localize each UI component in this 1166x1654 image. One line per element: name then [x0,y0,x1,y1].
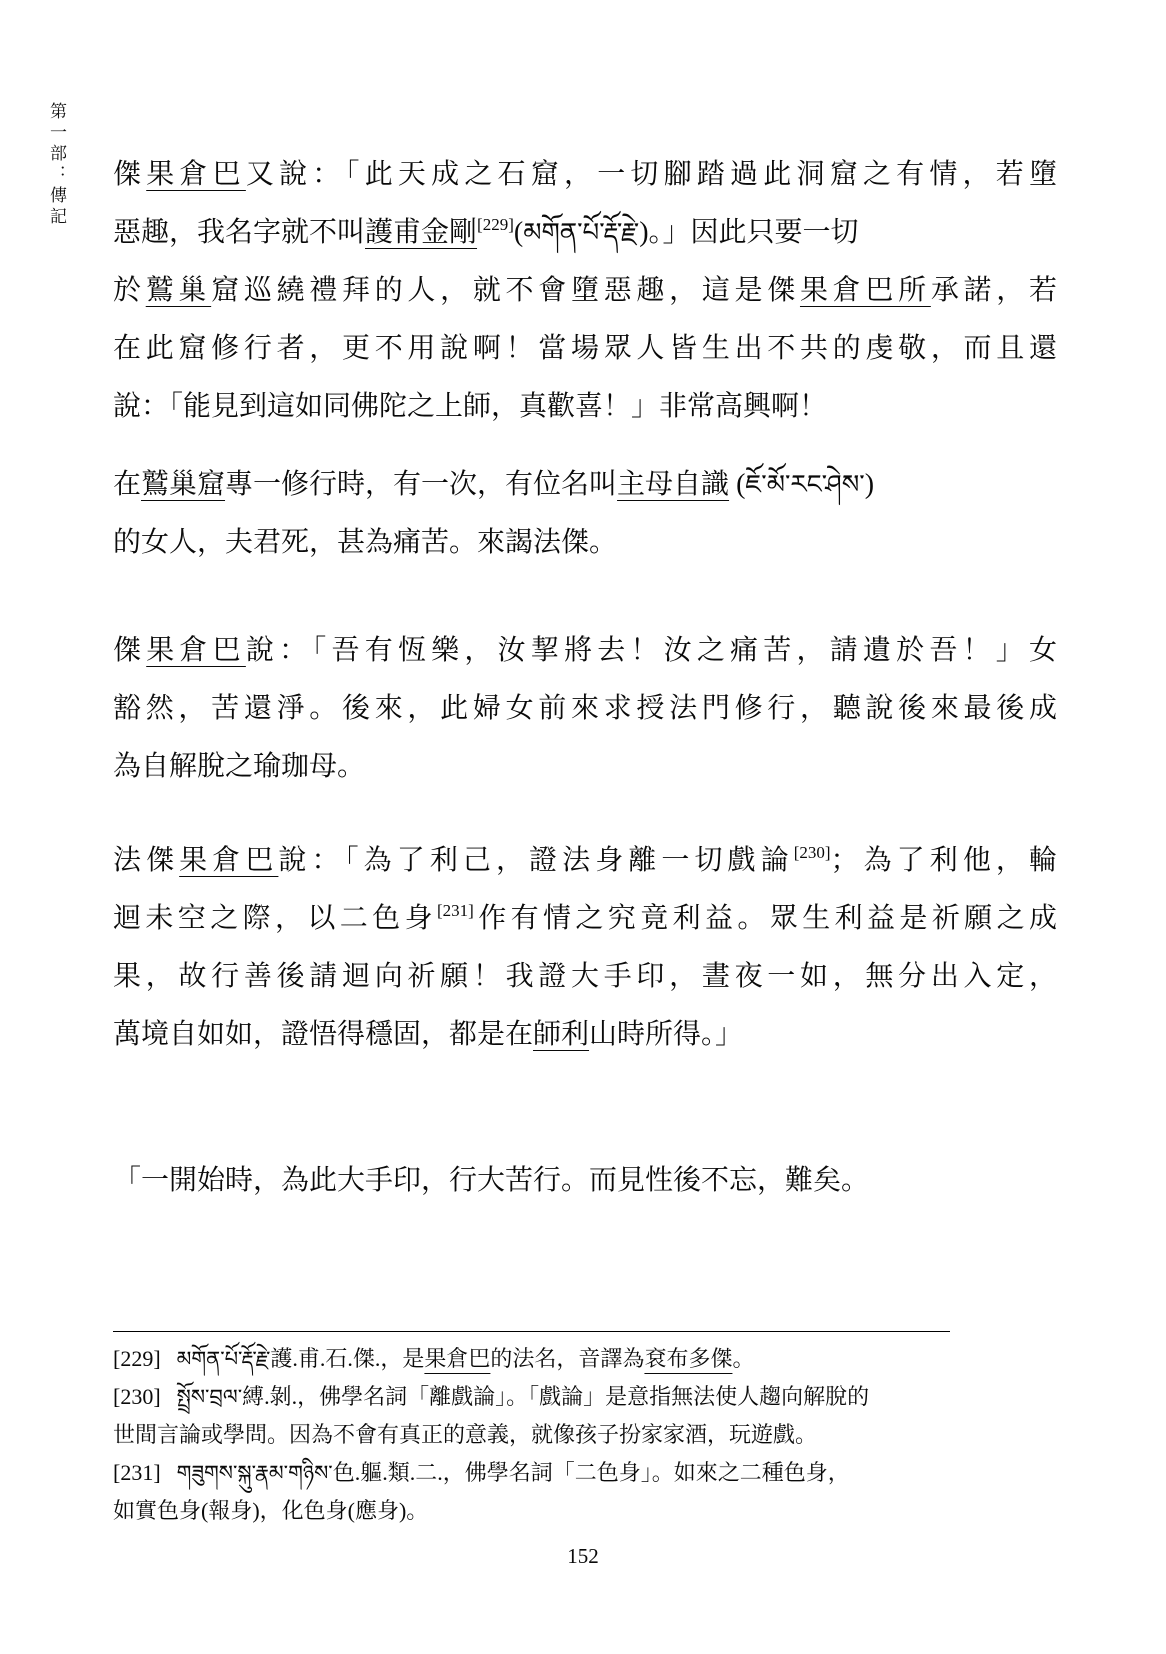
text-line: 萬境自如如，證悟得穩固，都是在師利山時所得。」 [113,1006,1057,1064]
text-segment: ( [729,469,745,500]
footnote-ref: [230] [794,843,831,862]
text-line: 「一開始時，為此大手印，行大苦行。而見性後不忘，難矣。 [113,1152,1057,1210]
proper-noun: 果倉巴 [146,635,246,666]
footnote-label: [230] [113,1384,161,1409]
text-segment: 又說：「此天成之石窟，一切腳踏過此洞窟之有情，若墮 [246,159,1057,190]
proper-noun: 果倉巴 [424,1346,490,1371]
tibetan-text: མགོན་པོ་རྡོ་རྗེ་ [523,218,639,248]
text-segment: 傑 [113,635,146,666]
footnote-line: 世間言論或學問。因為不會有真正的意義，就像孩子扮家家酒，玩遊戲。 [113,1416,1073,1454]
text-line: 為自解脫之瑜珈母。 [113,738,1057,796]
footnote-229: [229]མགོན་པོ་རྡོ་རྗེ་護.甫.石.傑.，是果倉巴的法名，音譯… [113,1340,1073,1378]
text-segment: 說：「能見到這如同佛陀之上師，真歡喜！」非常高興啊！ [113,391,827,422]
footnote-230: [230]སྤྲོས་བྲལ་縛.剝.，佛學名詞「離戲論」。「戲論」是意指無法使… [113,1378,1073,1454]
proper-noun: 主母自識 [617,469,729,500]
tibetan-text: མགོན་པོ་རྡོ་རྗེ་ [177,1347,271,1371]
footnote-231: [231]གཟུགས་སྐུ་རྣམ་གཉིས་色.軀.類.二.，佛學名詞「二色… [113,1454,1073,1530]
text-segment: 為自解脫之瑜珈母。 [113,751,365,782]
text-line: 豁然，苦還淨。後來，此婦女前來求授法門修行，聽說後來最後成 [113,680,1057,738]
proper-noun: 護甫金剛 [365,217,477,248]
text-segment: 「一開始時，為此大手印，行大苦行。而見性後不忘，難矣。 [113,1165,869,1196]
paragraph-5: 「一開始時，為此大手印，行大苦行。而見性後不忘，難矣。 [113,1152,1057,1210]
text-segment: 迴未空之際，以二色身 [113,903,437,934]
text-segment: 說：「吾有恆樂，汝挈將去！汝之痛苦，請遺於吾！」女 [246,635,1057,666]
text-segment: 護.甫.石.傑.，是 [270,1346,424,1371]
tibetan-text: ཇོ་མོ་རང་ཤེས་ [745,470,864,500]
footnote-label: [231] [113,1460,161,1485]
text-line: 傑果倉巴說：「吾有恆樂，汝挈將去！汝之痛苦，請遺於吾！」女 [113,622,1057,680]
text-segment: 萬境自如如，證悟得穩固，都是在 [113,1019,533,1050]
text-segment: 法傑 [113,845,179,876]
footnote-ref: [229] [477,215,514,234]
text-line: 法傑果倉巴說：「為了利己，證法身離一切戲論[230]；為了利他，輪 [113,832,1057,890]
text-segment: ( [514,217,523,248]
text-segment: 窟巡繞禮拜的人，就不會墮惡趣，這是傑 [211,275,800,306]
footnote-separator-rule [113,1331,950,1332]
proper-noun: 鷲巢 [146,275,211,306]
text-segment: 果，故行善後請迴向祈願！我證大手印，晝夜一如，無分出入定， [113,961,1057,992]
proper-noun: 果倉巴所 [800,275,931,306]
text-segment: 。 [732,1346,754,1371]
paragraph-3: 傑果倉巴說：「吾有恆樂，汝挈將去！汝之痛苦，請遺於吾！」女豁然，苦還淨。後來，此… [113,622,1057,796]
text-line: 果，故行善後請迴向祈願！我證大手印，晝夜一如，無分出入定， [113,948,1057,1006]
text-segment: 的女人，夫君死，甚為痛苦。來謁法傑。 [113,527,617,558]
text-segment: 在 [113,469,141,500]
text-segment: 世間言論或學問。因為不會有真正的意義，就像孩子扮家家酒，玩遊戲。 [113,1422,817,1447]
text-segment: 傑 [113,159,146,190]
text-segment: 如實色身(報身)，化色身(應身)。 [113,1498,428,1523]
text-line: 傑果倉巴又說：「此天成之石窟，一切腳踏過此洞窟之有情，若墮 [113,146,1057,204]
footnote-line: [229]མགོན་པོ་རྡོ་རྗེ་護.甫.石.傑.，是果倉巴的法名，音譯… [113,1340,1073,1378]
footnote-ref: [231] [437,901,474,920]
paragraph-1: 傑果倉巴又說：「此天成之石窟，一切腳踏過此洞窟之有情，若墮惡趣，我名字就不叫護甫… [113,146,1057,436]
text-segment: 承諾，若 [931,275,1057,306]
proper-noun: 果倉巴 [179,845,278,876]
paragraph-2: 在鷲巢窟專一修行時，有一次，有位名叫主母自識 (ཇོ་མོ་རང་ཤེས་)的女… [113,456,1057,572]
text-segment: 惡趣，我名字就不叫 [113,217,365,248]
text-segment: 專一修行時，有一次，有位名叫 [225,469,617,500]
text-line: 說：「能見到這如同佛陀之上師，真歡喜！」非常高興啊！ [113,378,1057,436]
proper-noun: 果倉巴 [146,159,246,190]
text-line: 惡趣，我名字就不叫護甫金剛[229](མགོན་པོ་རྡོ་རྗེ་)。」因此… [113,204,1057,262]
page-number: 152 [0,1544,1166,1569]
footnote-line: [231]གཟུགས་སྐུ་རྣམ་གཉིས་色.軀.類.二.，佛學名詞「二色… [113,1454,1073,1492]
footnote-label: [229] [113,1346,161,1371]
text-segment: 縛.剝.，佛學名詞「離戲論」。「戲論」是意指無法使人趨向解脫的 [242,1384,869,1409]
footnote-line: 如實色身(報身)，化色身(應身)。 [113,1492,1073,1530]
paragraph-4: 法傑果倉巴說：「為了利己，證法身離一切戲論[230]；為了利他，輪迴未空之際，以… [113,832,1057,1064]
text-segment: ；為了利他，輪 [831,845,1057,876]
footnotes-section: [229]མགོན་པོ་རྡོ་རྗེ་護.甫.石.傑.，是果倉巴的法名，音譯… [113,1340,1073,1530]
text-line: 在鷲巢窟專一修行時，有一次，有位名叫主母自識 (ཇོ་མོ་རང་ཤེས་) [113,456,1057,514]
tibetan-text: གཟུགས་སྐུ་རྣམ་གཉིས་ [177,1461,333,1485]
text-segment: 山時所得。」 [589,1019,743,1050]
text-segment: )。」因此只要一切 [639,217,858,248]
text-line: 迴未空之際，以二色身[231]作有情之究竟利益。眾生利益是祈願之成 [113,890,1057,948]
text-segment: 色.軀.類.二.，佛學名詞「二色身」。如來之二種色身， [333,1460,850,1485]
text-segment: 在此窟修行者，更不用說啊！當場眾人皆生出不共的虔敬，而且還 [113,333,1057,364]
tibetan-text: སྤྲོས་བྲལ་ [177,1385,242,1409]
text-segment: 豁然，苦還淨。後來，此婦女前來求授法門修行，聽說後來最後成 [113,693,1057,724]
proper-noun: 袞布多傑 [644,1346,732,1371]
text-segment: 於 [113,275,146,306]
chapter-sidebar-title: 第一部：傳記 [44,102,69,228]
text-segment: 作有情之究竟利益。眾生利益是祈願之成 [474,903,1057,934]
proper-noun: 師利 [533,1019,589,1050]
proper-noun: 鷲巢窟 [141,469,225,500]
text-segment: ) [865,469,874,500]
text-line: 在此窟修行者，更不用說啊！當場眾人皆生出不共的虔敬，而且還 [113,320,1057,378]
text-segment: 的法名，音譯為 [490,1346,644,1371]
text-line: 的女人，夫君死，甚為痛苦。來謁法傑。 [113,514,1057,572]
text-line: 於鷲巢窟巡繞禮拜的人，就不會墮惡趣，這是傑果倉巴所承諾，若 [113,262,1057,320]
footnote-line: [230]སྤྲོས་བྲལ་縛.剝.，佛學名詞「離戲論」。「戲論」是意指無法使… [113,1378,1073,1416]
text-segment: 說：「為了利己，證法身離一切戲論 [278,845,793,876]
